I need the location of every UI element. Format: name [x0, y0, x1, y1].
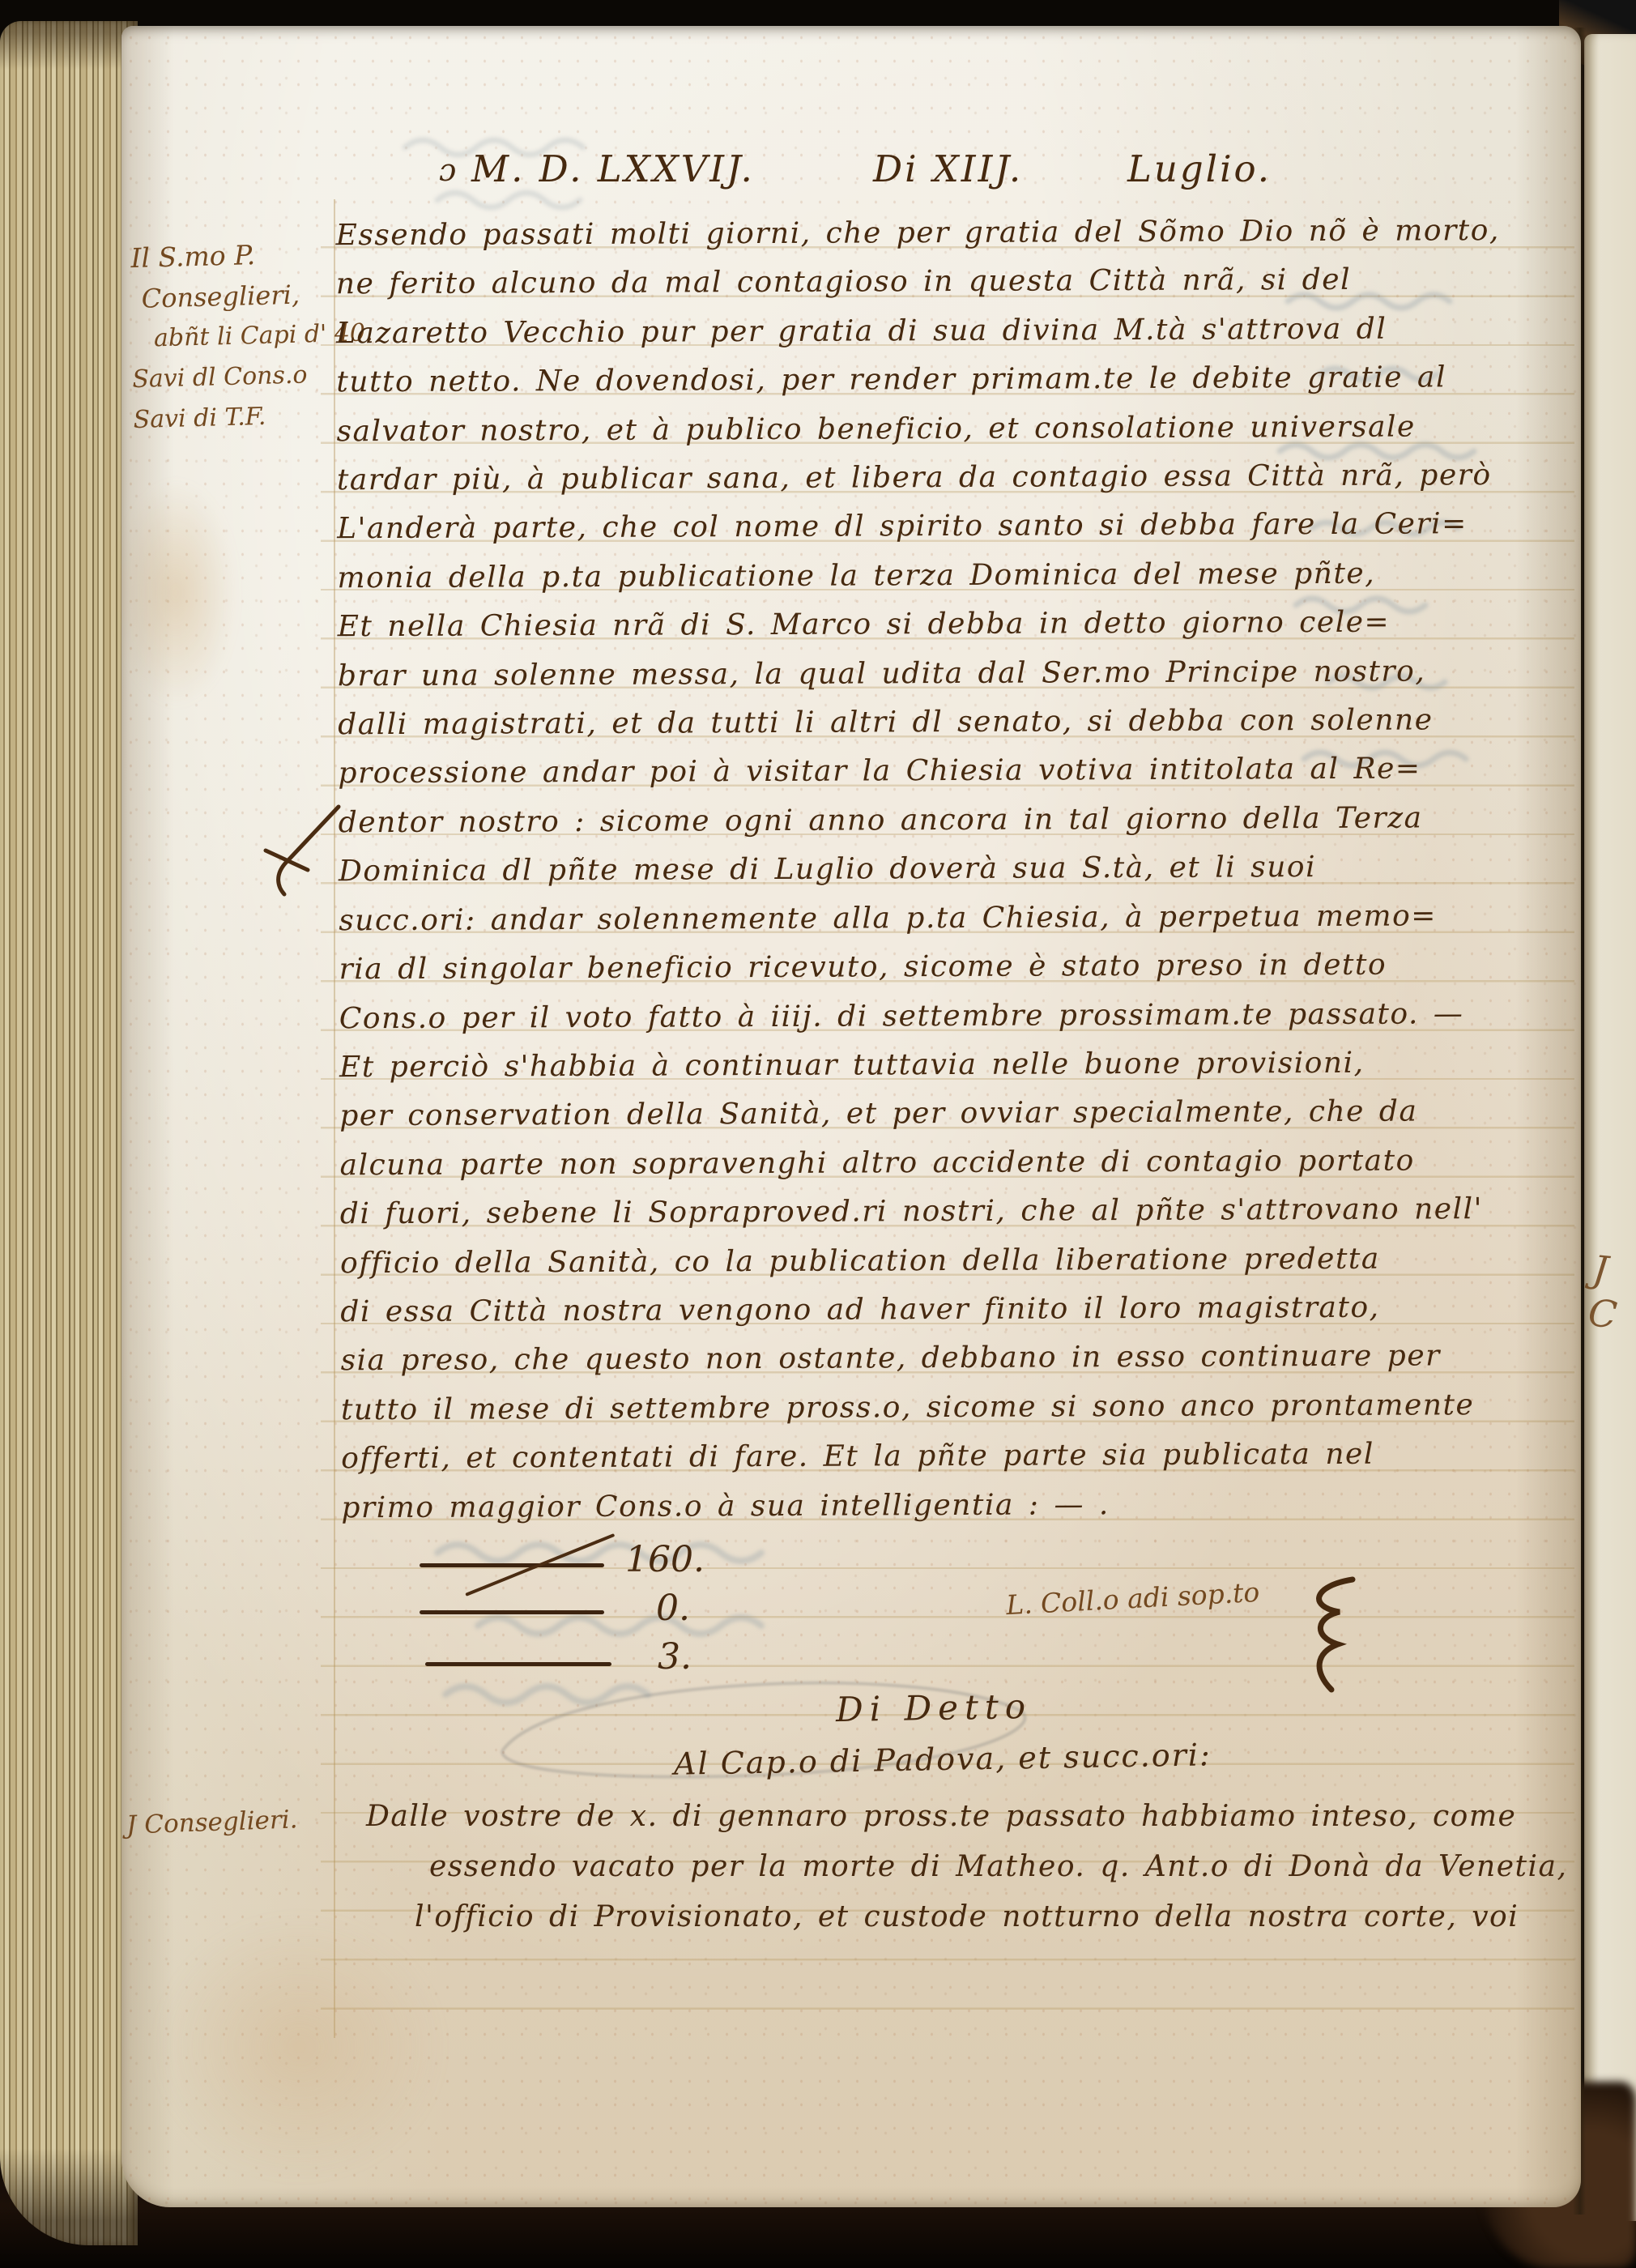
- tally-value-no: 0.: [656, 1588, 690, 1629]
- next-page-sliver: J C: [1584, 34, 1636, 2221]
- manuscript-line: tutto netto. Ne dovendosi, per render pr…: [336, 353, 1559, 407]
- manuscript-line: primo maggior Cons.o à sua intelligentia…: [341, 1478, 1564, 1533]
- manuscript-line: Essendo passati molti giorni, che per gr…: [335, 207, 1558, 261]
- manuscript-line: tardar più, à publicar sana, et libera d…: [337, 451, 1560, 505]
- manuscript-line: tutto il mese di settembre pross.o, sico…: [341, 1380, 1564, 1435]
- entry2-heading: Di Detto: [836, 1686, 1033, 1729]
- manuscript-line: Lazaretto Vecchio pur per gratia di sua …: [336, 305, 1559, 359]
- manuscript-line: essendo vacato per la morte di Matheo. q…: [366, 1842, 1567, 1892]
- manuscript-line: Cons.o per il voto fatto à iiij. di sett…: [339, 989, 1562, 1043]
- manuscript-line: sia preso, che questo non ostante, debba…: [341, 1332, 1564, 1386]
- manuscript-line: Dalle vostre de x. di gennaro pross.te p…: [366, 1792, 1567, 1842]
- manuscript-line: L'anderà parte, che col nome dl spirito …: [337, 500, 1560, 554]
- manuscript-line: officio della Sanità, co la publication …: [340, 1234, 1563, 1288]
- manuscript-line: dentor nostro : sicome ogni anno ancora …: [339, 794, 1561, 848]
- manuscript-line: l'officio di Provisionato, et custode no…: [366, 1892, 1567, 1942]
- margin-cross-mark: [259, 802, 348, 903]
- margin-conseglieri-note: J Conseglieri.: [126, 1805, 298, 1840]
- manuscript-line: Et nella Chiesia nrã di S. Marco si debb…: [338, 598, 1561, 652]
- stain: [115, 480, 236, 706]
- manuscript-line: monia della p.ta publicatione la terza D…: [337, 549, 1560, 603]
- entry2-body: Dalle vostre de x. di gennaro pross.te p…: [366, 1792, 1567, 1942]
- manuscript-line: processione andar poi à visitar la Chies…: [338, 744, 1561, 799]
- entry1-body: Essendo passati molti giorni, che per gr…: [335, 207, 1564, 1533]
- tally-dash: [420, 1610, 604, 1614]
- manuscript-line: Dominica dl pñte mese di Luglio doverà s…: [339, 842, 1561, 897]
- manuscript-line: dalli magistrati, et da tutti li altri d…: [338, 696, 1561, 750]
- manuscript-line: offerti, et contentati di fare. Et la pñ…: [341, 1430, 1564, 1484]
- tally-dash: [425, 1662, 611, 1666]
- manuscript-line: di fuori, sebene li Sopraproved.ri nostr…: [340, 1185, 1563, 1239]
- manuscript-line: Et perciò s'habbia à continuar tuttavia …: [339, 1038, 1562, 1093]
- date-year: M. D. LXXVIJ.: [471, 147, 755, 190]
- manuscript-line: succ.ori: andar solennemente alla p.ta C…: [339, 891, 1561, 945]
- date-month: Luglio.: [1127, 147, 1272, 190]
- manuscript-line: ne ferito alcuno da mal contagioso in qu…: [336, 255, 1559, 309]
- date-heading: ɔ M. D. LXXVIJ. Di XIIJ. Luglio.: [121, 147, 1581, 204]
- manuscript-line: brar una solenne messa, la qual udita da…: [338, 646, 1561, 701]
- manuscript-line: di essa Città nostra vengono ad haver fi…: [340, 1283, 1563, 1337]
- tally-value-yes: 160.: [625, 1539, 705, 1580]
- date-lead-mark: ɔ: [439, 152, 458, 188]
- manuscript-line: alcuna parte non sopravenghi altro accid…: [339, 1136, 1562, 1190]
- next-page-ink-fragment: J C: [1587, 1247, 1636, 1338]
- manuscript-line: per conservation della Sanità, et per ov…: [339, 1087, 1562, 1141]
- date-day: Di XIIJ.: [873, 147, 1023, 190]
- stain: [154, 1913, 445, 2181]
- margin-rule: [334, 199, 335, 2038]
- manuscript-page: ɔ M. D. LXXVIJ. Di XIIJ. Luglio. Il S.mo…: [121, 26, 1581, 2207]
- manuscript-photo: J C: [0, 0, 1636, 2268]
- docket-flourish: [1289, 1575, 1366, 1696]
- tally-dash: [420, 1563, 604, 1567]
- manuscript-line: ria dl singolar beneficio ricevuto, sico…: [339, 940, 1561, 995]
- book-fore-edge: [0, 21, 138, 2245]
- manuscript-line: salvator nostro, et à publico beneficio,…: [337, 402, 1560, 456]
- tally-value-abstain: 3.: [658, 1636, 692, 1678]
